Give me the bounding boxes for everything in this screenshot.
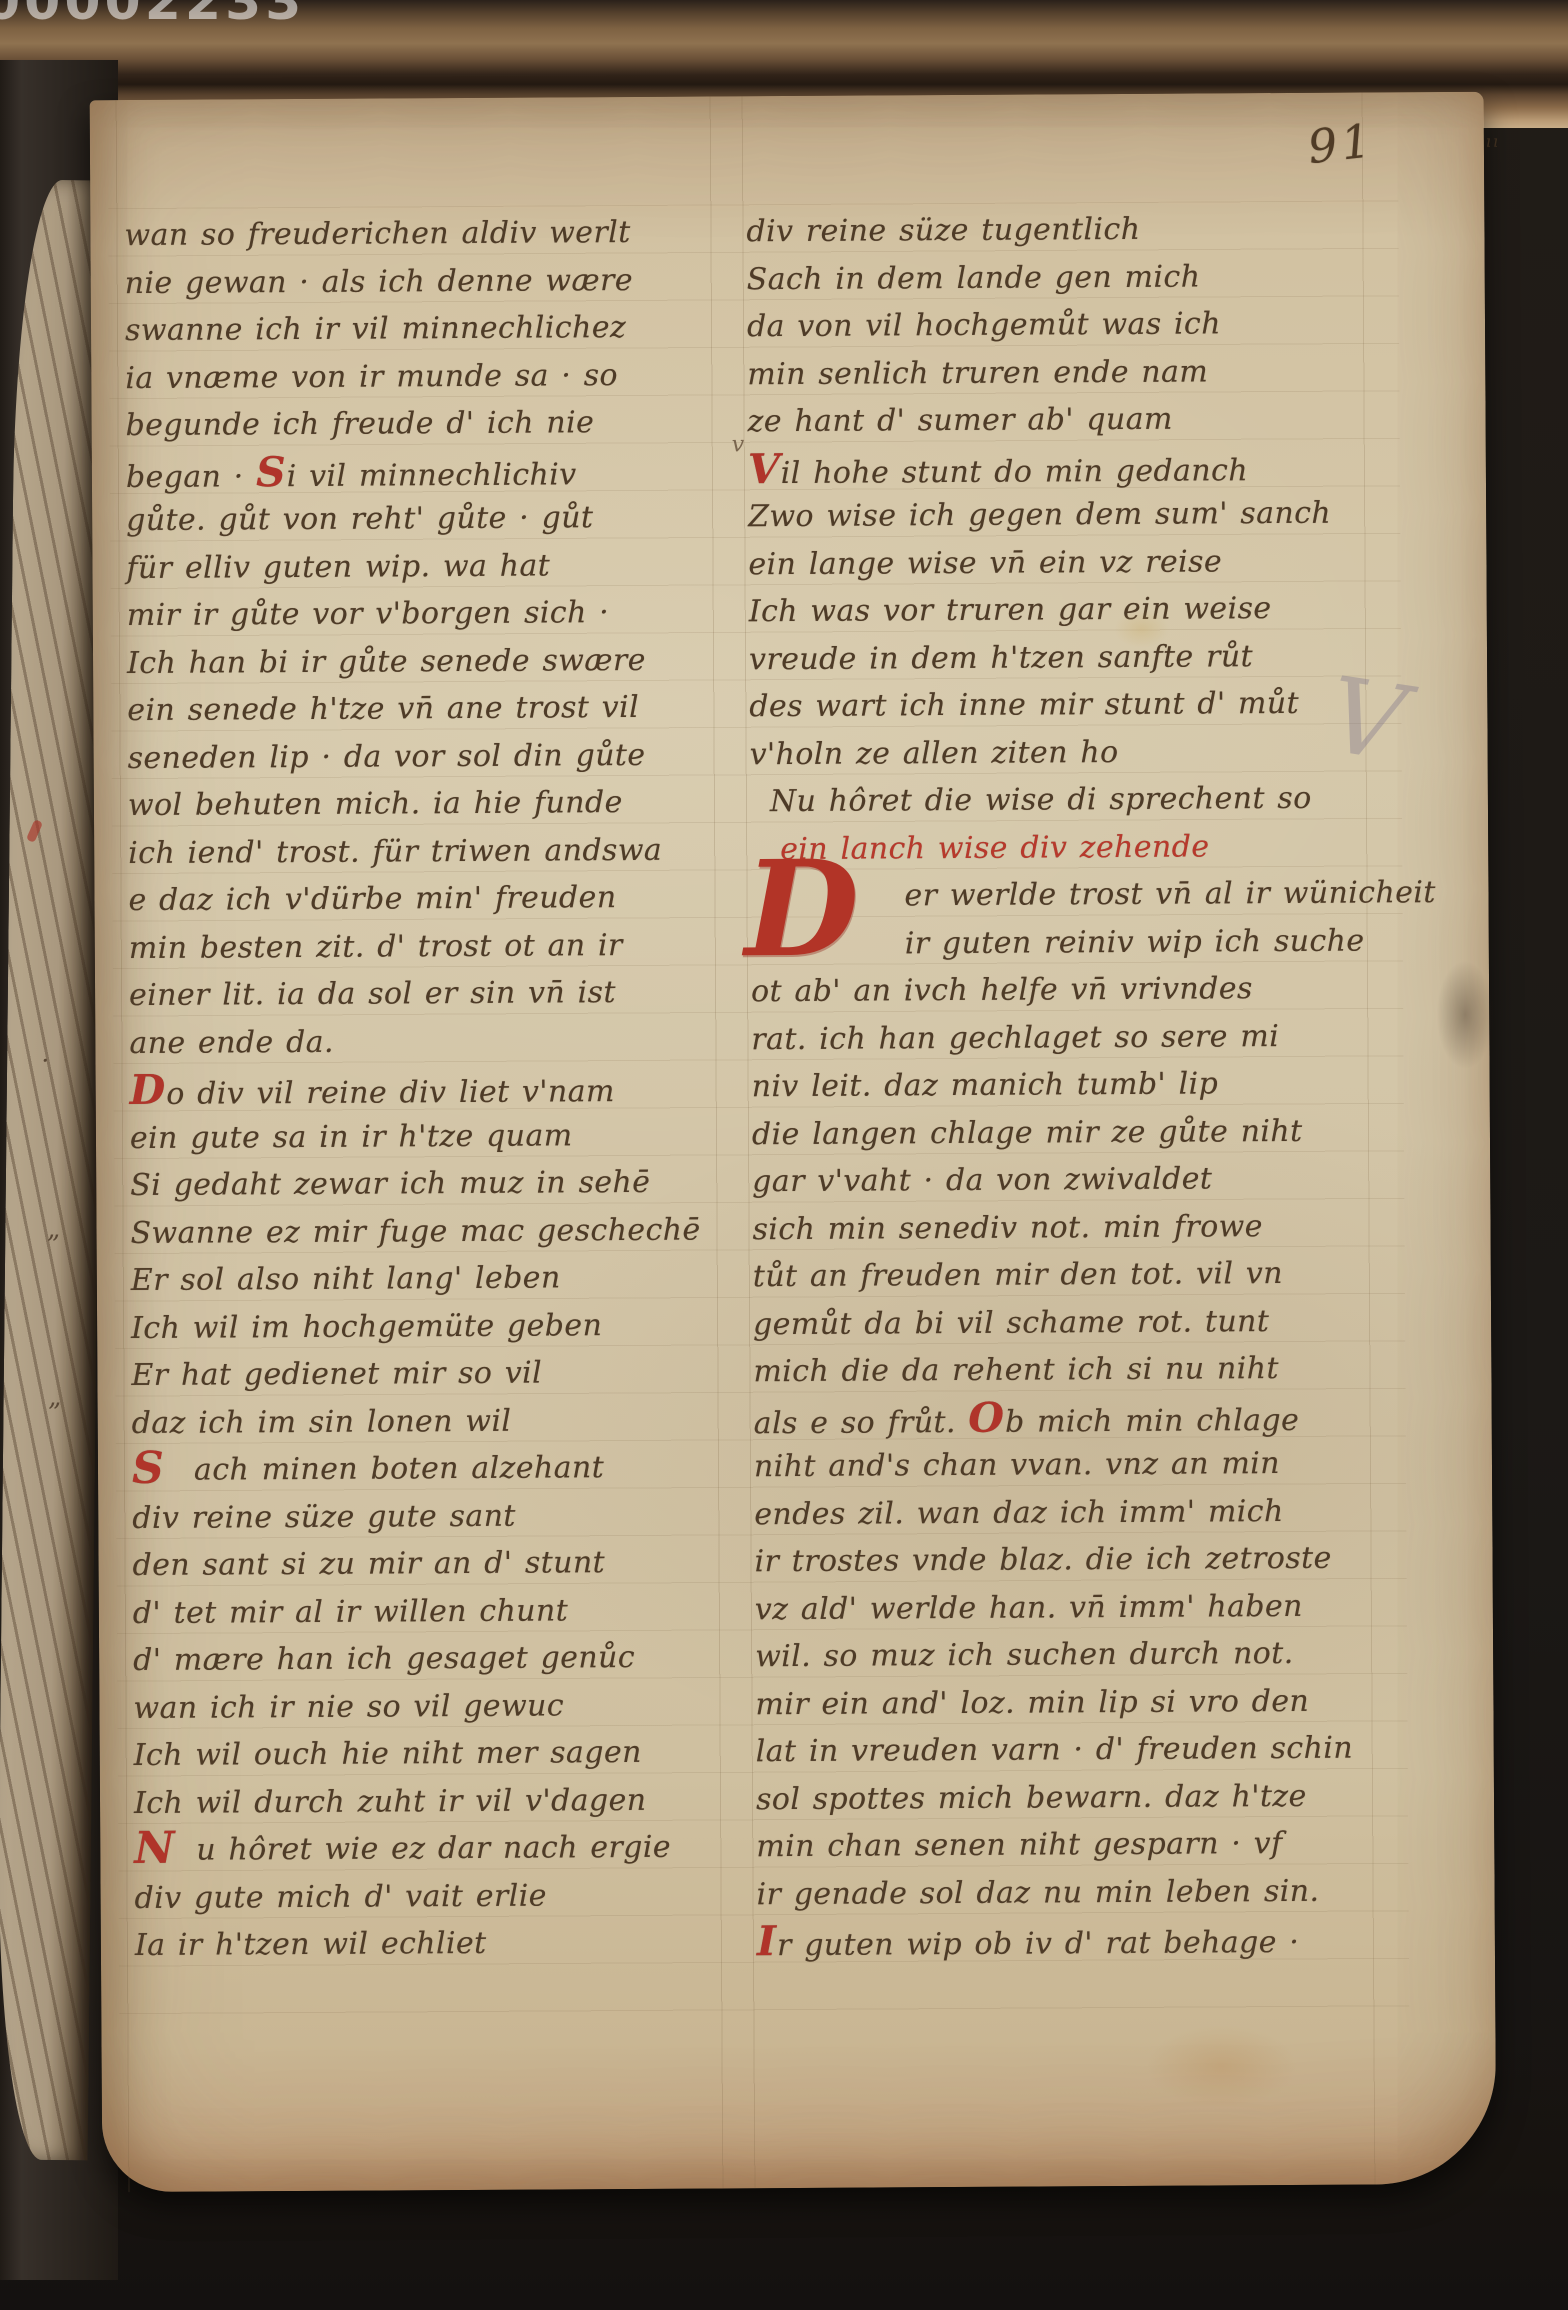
text-segment: gůte. gůt von reht' gůte · gůt — [126, 500, 593, 538]
text-line: rat. ich han gechlaget so sere mi — [751, 1012, 1391, 1063]
folio-number: 91 — [1305, 113, 1377, 174]
text-line: Ich wil durch zuht ir vil v'dagen — [134, 1776, 728, 1827]
text-segment: d' mære han ich gesaget genůc — [133, 1640, 635, 1678]
text-segment: ich iend' trost. für triwen andswa — [128, 832, 662, 870]
text-line: Ich was vor truren gar ein weise — [749, 584, 1389, 635]
shelfmark-watermark: 00002233 — [0, 0, 305, 32]
text-line: sol spottes mich bewarn. daz h'tze — [756, 1772, 1396, 1823]
text-segment: ir trostes vnde blaz. die ich zetroste — [754, 1541, 1331, 1580]
text-segment: nie gewan · als ich denne wære — [125, 262, 633, 300]
text-segment: die langen chlage mir ze gůte niht — [752, 1113, 1303, 1151]
text-line: Do div vil reine div liet v'nam — [130, 1063, 724, 1114]
text-line: ein lange wise vn̄ ein vz reise — [748, 537, 1388, 588]
page-edges-right — [1482, 86, 1568, 2150]
text-line: Vil hohe stunt do min gedanch — [748, 442, 1388, 493]
text-line: Zwo wise ich gegen dem sum' sanch — [748, 489, 1388, 540]
text-line: Ia ir h'tzen wil echliet — [135, 1918, 729, 1969]
text-line: ia vnæme von ir munde sa · so — [125, 351, 719, 402]
text-line: Ich wil ouch hie niht mer sagen — [134, 1728, 728, 1779]
text-segment: des wart ich inne mir stunt d' můt — [749, 686, 1299, 724]
ink-specks — [70, 80, 77, 90]
manuscript-photo: 91 wan so freuderichen aldiv werltnie ge… — [0, 0, 1568, 2310]
text-line: Er hat gedienet mir so vil — [131, 1348, 725, 1399]
text-segment: vreude in dem h'tzen sanfte růt — [749, 639, 1253, 677]
text-line: den sant si zu mir an d' stunt — [132, 1538, 726, 1589]
text-segment: Ich wil durch zuht ir vil v'dagen — [134, 1782, 647, 1820]
text-line: v'holn ze allen ziten ho — [749, 727, 1389, 778]
text-line: div reine süze gute sant — [132, 1491, 726, 1542]
text-segment: begunde ich freude d' ich nie — [126, 405, 595, 443]
text-line: Swanne ez mir fuge mac geschechē — [130, 1206, 724, 1257]
text-segment: r guten wip ob iv d' rat behage · — [777, 1925, 1299, 1963]
red-margincap: S — [132, 1445, 164, 1493]
text-line: mich die da rehent ich si nu niht — [753, 1344, 1393, 1395]
text-segment: den sant si zu mir an d' stunt — [132, 1545, 605, 1583]
text-line: min chan senen niht gesparn · vf — [756, 1819, 1396, 1870]
text-line: mir ir gůte vor v'borgen sich · — [127, 588, 721, 639]
text-segment: tůt an freuden mir den tot. vil vn — [753, 1256, 1283, 1294]
text-segment: Ich wil ouch hie niht mer sagen — [134, 1735, 642, 1773]
text-segment: began · — [126, 459, 256, 495]
red-margincap: N — [134, 1825, 175, 1873]
text-line: wil. so muz ich suchen durch not. — [755, 1629, 1395, 1680]
text-segment: niht and's chan vvan. vnz an min — [754, 1446, 1280, 1484]
text-line: die langen chlage mir ze gůte niht — [752, 1107, 1392, 1158]
text-line: ze hant d' sumer ab' quam — [747, 394, 1387, 445]
text-segment: niv leit. daz manich tumb' lip — [752, 1066, 1219, 1104]
text-line: ein senede h'tze vn̄ ane trost vil — [127, 683, 721, 734]
text-segment: endes zil. wan daz ich imm' mich — [754, 1494, 1284, 1532]
text-segment: Er hat gedienet mir so vil — [131, 1356, 542, 1394]
text-segment: min chan senen niht gesparn · vf — [756, 1826, 1282, 1864]
text-segment: ot ab' an ivch helfe vn̄ vrivndes — [751, 971, 1253, 1009]
text-segment: mir ein and' loz. min lip si vro den — [755, 1683, 1309, 1721]
text-line: e daz ich v'dürbe min' freuden — [128, 873, 722, 924]
red-redcap: V — [748, 445, 781, 493]
text-segment: div gute mich d' vait erlie — [134, 1878, 546, 1916]
text-line: lat in vreuden varn · d' freuden schin — [756, 1724, 1396, 1775]
text-line: Sach in dem lande gen mich — [747, 252, 1387, 303]
text-line: mir ein and' loz. min lip si vro den — [755, 1677, 1395, 1728]
ink-smudge-stain — [1425, 940, 1506, 1090]
red-redcap: S — [256, 448, 287, 496]
text-line: Sach minen boten alzehant — [132, 1443, 726, 1494]
text-segment: Ich was vor truren gar ein weise — [749, 591, 1272, 629]
text-segment: o div vil reine div liet v'nam — [166, 1074, 615, 1112]
text-line: d' tet mir al ir willen chunt — [133, 1586, 727, 1637]
text-line: Ir guten wip ob iv d' rat behage · — [757, 1914, 1397, 1965]
text-line: Nu hôret wie ez dar nach ergie — [134, 1823, 728, 1874]
text-segment: Sach in dem lande gen mich — [747, 259, 1201, 297]
text-line: wan so freuderichen aldiv werlt — [124, 208, 718, 259]
rubricator-guide-letter: v — [732, 432, 745, 457]
text-line: wan ich ir nie so vil gewuc — [133, 1681, 727, 1732]
text-line: Nu hôret die wise di sprechent so — [750, 774, 1390, 825]
text-line: niv leit. daz manich tumb' lip — [752, 1059, 1392, 1110]
text-segment: für elliv guten wip. wa hat — [126, 548, 550, 586]
text-line: sich min senediv not. min frowe — [752, 1202, 1392, 1253]
text-column-left: wan so freuderichen aldiv werltnie gewan… — [124, 208, 729, 1969]
text-line: gemůt da bi vil schame rot. tunt — [753, 1297, 1393, 1348]
text-line: Der werlde trost vn̄ al ir wünicheit — [750, 869, 1390, 920]
text-segment: v'holn ze allen ziten ho — [750, 735, 1119, 772]
text-segment: ia vnæme von ir munde sa · so — [125, 358, 618, 396]
text-line: des wart ich inne mir stunt d' můt — [749, 679, 1389, 730]
text-column-right: div reine süze tugentlichSach in dem lan… — [746, 204, 1397, 1965]
text-segment: wan ich ir nie so vil gewuc — [133, 1688, 564, 1726]
text-line: wol behuten mich. ia hie funde — [128, 778, 722, 829]
text-segment: ir guten reiniv wip ich suche — [905, 923, 1365, 961]
red-redcap: D — [130, 1066, 167, 1114]
text-line: ein gute sa in ir h'tze quam — [130, 1111, 724, 1162]
text-line: min besten zit. d' trost ot an ir — [129, 921, 723, 972]
text-segment: Nu hôret die wise di sprechent so — [770, 781, 1312, 819]
text-segment: ach minen boten alzehant — [194, 1450, 604, 1488]
text-segment: i vil minnechlichiv — [287, 457, 577, 494]
text-line: gar v'vaht · da von zwivaldet — [752, 1154, 1392, 1205]
text-line: endes zil. wan daz ich imm' mich — [754, 1487, 1394, 1538]
text-line: nie gewan · als ich denne wære — [125, 256, 719, 307]
text-line: div gute mich d' vait erlie — [134, 1871, 728, 1922]
red-redcap: I — [757, 1917, 777, 1965]
text-segment: swanne ich ir vil minnechlichez — [125, 310, 626, 348]
margin-dot-mark: · — [41, 1047, 49, 1075]
text-line: Ich han bi ir gůte senede swære — [127, 636, 721, 687]
margin-quote-mark-lower: ” — [48, 1398, 59, 1428]
text-segment: gemůt da bi vil schame rot. tunt — [753, 1304, 1269, 1342]
text-line: ot ab' an ivch helfe vn̄ vrivndes — [751, 964, 1391, 1015]
text-segment: rat. ich han gechlaget so sere mi — [751, 1019, 1279, 1057]
text-segment: min besten zit. d' trost ot an ir — [129, 928, 623, 966]
text-line: vreude in dem h'tzen sanfte růt — [749, 632, 1389, 683]
text-segment: lat in vreuden varn · d' freuden schin — [756, 1731, 1353, 1770]
text-segment: wil. so muz ich suchen durch not. — [755, 1636, 1294, 1674]
text-line: div reine süze tugentlich — [746, 204, 1386, 255]
text-line: ir genade sol daz nu min leben sin. — [756, 1867, 1396, 1918]
text-segment: d' tet mir al ir willen chunt — [133, 1593, 569, 1631]
text-segment: er werlde trost vn̄ al ir wünicheit — [904, 875, 1435, 913]
text-segment: ane ende da. — [129, 1024, 334, 1060]
text-segment: Ich han bi ir gůte senede swære — [127, 642, 646, 680]
text-line: min senlich truren ende nam — [747, 347, 1387, 398]
text-segment: seneden lip · da vor sol din gůte — [128, 737, 646, 775]
text-segment: Swanne ez mir fuge mac geschechē — [130, 1212, 700, 1250]
text-line: Ich wil im hochgemüte geben — [131, 1301, 725, 1352]
text-line: ane ende da. — [129, 1016, 723, 1067]
text-segment: da von vil hochgemůt was ich — [747, 306, 1221, 344]
text-segment: mir ir gůte vor v'borgen sich · — [127, 595, 610, 633]
text-segment: daz ich im sin lonen wil — [132, 1403, 512, 1440]
text-line: ir guten reiniv wip ich suche — [751, 917, 1391, 968]
text-line: begunde ich freude d' ich nie — [125, 398, 719, 449]
text-segment: ein senede h'tze vn̄ ane trost vil — [127, 690, 639, 728]
parchment-stain — [1103, 602, 1181, 656]
manuscript-page: 91 wan so freuderichen aldiv werltnie ge… — [90, 92, 1497, 2192]
text-segment: vz ald' werlde han. vn̄ imm' haben — [755, 1588, 1303, 1626]
text-segment: wol behuten mich. ia hie funde — [128, 785, 623, 823]
text-line: für elliv guten wip. wa hat — [126, 541, 720, 592]
text-line: tůt an freuden mir den tot. vil vn — [753, 1249, 1393, 1300]
text-segment: ze hant d' sumer ab' quam — [747, 402, 1172, 440]
text-segment: u hôret wie ez dar nach ergie — [196, 1830, 671, 1868]
text-segment: div reine süze gute sant — [132, 1498, 516, 1535]
text-segment: wan so freuderichen aldiv werlt — [124, 215, 630, 253]
text-segment: min senlich truren ende nam — [747, 354, 1208, 392]
margin-quote-mark-upper: ” — [47, 1230, 58, 1260]
red-redcap: O — [968, 1393, 1005, 1441]
text-segment: gar v'vaht · da von zwivaldet — [752, 1161, 1212, 1199]
text-segment: als e so frůt. — [754, 1404, 969, 1440]
text-line: als e so frůt. Ob mich min chlage — [754, 1392, 1394, 1443]
text-line: swanne ich ir vil minnechlichez — [125, 303, 719, 354]
text-segment: mich die da rehent ich si nu niht — [753, 1351, 1279, 1389]
text-segment: Zwo wise ich gegen dem sum' sanch — [748, 496, 1331, 535]
edge-tick-marks: ıı — [1486, 132, 1500, 151]
text-line: einer lit. ia da sol er sin vn̄ ist — [129, 968, 723, 1019]
text-line: Er sol also niht lang' leben — [131, 1253, 725, 1304]
text-segment: il hohe stunt do min gedanch — [781, 453, 1249, 491]
text-segment: div reine süze tugentlich — [746, 212, 1140, 249]
text-segment: e daz ich v'dürbe min' freuden — [128, 880, 616, 918]
text-segment: ein gute sa in ir h'tze quam — [130, 1118, 573, 1156]
text-line: da von vil hochgemůt was ich — [747, 299, 1387, 350]
text-segment: sol spottes mich bewarn. daz h'tze — [756, 1778, 1307, 1816]
text-line: gůte. gůt von reht' gůte · gůt — [126, 493, 720, 544]
text-segment: einer lit. ia da sol er sin vn̄ ist — [129, 975, 616, 1013]
text-line: seneden lip · da vor sol din gůte — [127, 731, 721, 782]
text-segment: Si gedaht zewar ich muz in sehē — [130, 1165, 650, 1203]
text-segment: ein lange wise vn̄ ein vz reise — [748, 544, 1222, 582]
text-line: d' mære han ich gesaget genůc — [133, 1633, 727, 1684]
text-line: vz ald' werlde han. vn̄ imm' haben — [755, 1582, 1395, 1633]
text-segment: Er sol also niht lang' leben — [131, 1260, 561, 1298]
text-segment: b mich min chlage — [1005, 1402, 1299, 1439]
text-line: niht and's chan vvan. vnz an min — [754, 1439, 1394, 1490]
text-line: Si gedaht zewar ich muz in sehē — [130, 1158, 724, 1209]
text-segment: Ich wil im hochgemüte geben — [131, 1308, 602, 1346]
text-line: ir trostes vnde blaz. die ich zetroste — [754, 1534, 1394, 1585]
text-segment: ir genade sol daz nu min leben sin. — [756, 1873, 1319, 1911]
text-line: daz ich im sin lonen wil — [132, 1396, 726, 1447]
text-segment: Ia ir h'tzen wil echliet — [135, 1926, 487, 1963]
text-segment: sich min senediv not. min frowe — [752, 1209, 1263, 1247]
text-line: began · Si vil minnechlichiv — [126, 446, 720, 497]
text-line: ich iend' trost. für triwen andswa — [128, 826, 722, 877]
